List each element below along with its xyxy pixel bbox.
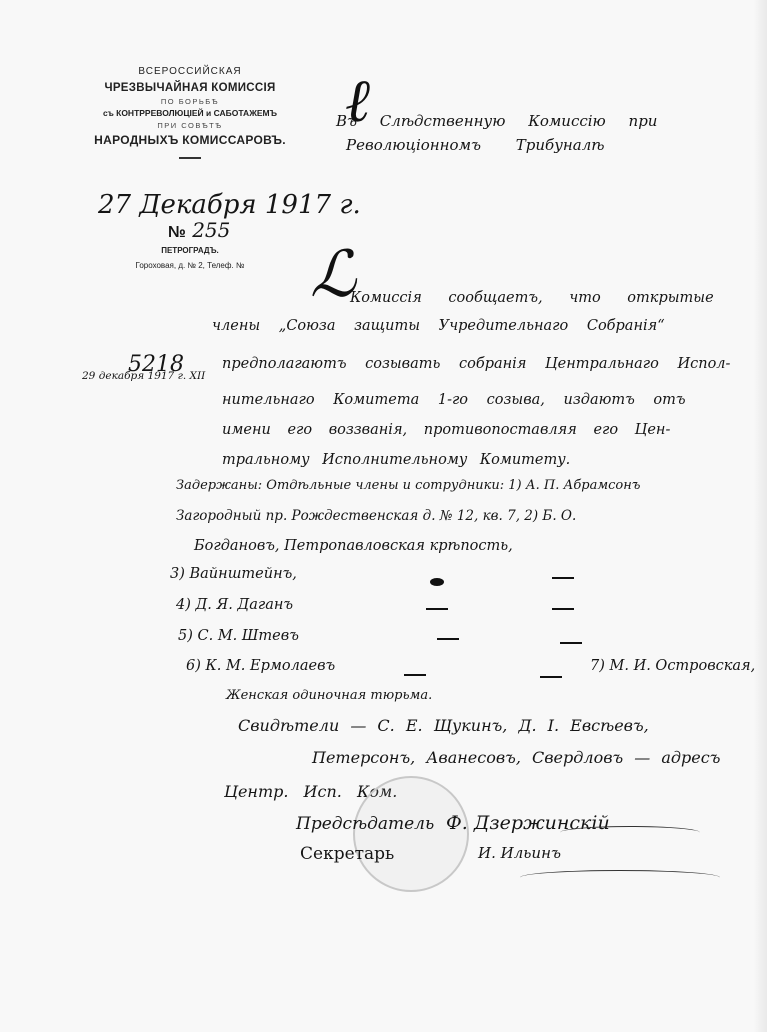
letterhead-city: ПЕТРОГРАДЪ. [92, 246, 288, 255]
handwritten-date: 27 Декабря 1917 г. [98, 190, 361, 220]
body-line-6: тральному Исполнительному Комитету. [222, 452, 570, 468]
arrest-item-4: 4) Д. Я. Даганъ [176, 597, 293, 613]
signature-flourish [560, 826, 700, 839]
signature-flourish [520, 870, 720, 885]
body-line-1: Комиссія сообщаетъ, что открытые [350, 290, 714, 306]
ditto-mark [426, 608, 448, 610]
letterhead-line-6: НАРОДНЫХЪ КОМИССАРОВЪ. [92, 134, 288, 148]
witnesses-line-2: Петерсонъ, Аванесовъ, Свердловъ — адресъ [312, 748, 720, 767]
incoming-date: 29 декабря 1917 г. XII [82, 370, 205, 382]
addressee-line-2: Революціонномъ Трибуналѣ [346, 136, 605, 154]
arrest-item-5: 5) С. М. Штевъ [178, 628, 299, 644]
arrest-item-number: 4) [176, 597, 191, 613]
body-line-3: предполагаютъ созывать собранія Централь… [222, 356, 730, 372]
official-seal-stamp [353, 776, 469, 892]
ditto-mark [560, 642, 582, 644]
letterhead: ВСЕРОССИЙСКАЯ ЧРЕЗВЫЧАЙНАЯ КОМИССІЯ ПО Б… [92, 66, 288, 159]
ditto-mark [540, 676, 562, 678]
ditto-mark [552, 608, 574, 610]
arrest-item-number: 3) [170, 566, 185, 582]
letterhead-line-4: съ КОНТРРЕВОЛЮЦІЕЙ и САБОТАЖЕМЪ [92, 109, 288, 119]
body-line-4: нительнаго Комитета 1-го созыва, издаютъ… [222, 392, 686, 408]
chairman-label: Предсѣдатель [296, 814, 434, 834]
ditto-mark [430, 578, 444, 586]
arrest-item-name: Д. Я. Даганъ [196, 597, 294, 613]
secretary-signature: И. Ильинъ [478, 844, 561, 862]
arrest-item-name: М. И. Островская, [610, 658, 756, 674]
body-line-5: имени его воззванія, противопоставляя ег… [222, 422, 670, 438]
ditto-mark [552, 577, 574, 579]
arrest-item-name: Вайнштейнъ, [190, 566, 297, 582]
addressee-line-1: Въ Слѣдственную Комиссію при [336, 112, 657, 130]
arrest-item-7: 7) М. И. Островская, [590, 658, 755, 674]
arrest-item-number: 7) [590, 658, 605, 674]
scanned-document-page: ВСЕРОССИЙСКАЯ ЧРЕЗВЫЧАЙНАЯ КОМИССІЯ ПО Б… [0, 0, 767, 1032]
arrest-item-name: К. М. Ермолаевъ [206, 658, 336, 674]
body-line-9: Богдановъ, Петропавловская крѣпость, [194, 538, 513, 554]
letterhead-line-5: ПРИ СОВѢТѢ [92, 122, 288, 131]
body-line-8: Загородный пр. Рождественская д. № 12, к… [176, 508, 576, 524]
arrest-item-name: С. М. Штевъ [198, 628, 299, 644]
secretary-label: Секретарь [300, 844, 394, 864]
ditto-mark [404, 674, 426, 676]
letterhead-line-1: ВСЕРОССИЙСКАЯ [92, 66, 288, 78]
number-value: 255 [192, 218, 230, 242]
prison-note: Женская одиночная тюрьма. [226, 688, 432, 703]
arrest-item-6: 6) К. М. Ермолаевъ [186, 658, 335, 674]
body-line-2: члены „Союза защиты Учредительнаго Собра… [212, 318, 665, 334]
page-edge-shadow [753, 0, 767, 1032]
letterhead-line-3: ПО БОРЬБѢ [92, 98, 288, 107]
letterhead-rule [179, 157, 201, 159]
arrest-item-3: 3) Вайнштейнъ, [170, 566, 297, 582]
body-line-7: Задержаны: Отдѣльные члены и сотрудники:… [176, 478, 640, 493]
letterhead-line-2: ЧРЕЗВЫЧАЙНАЯ КОМИССІЯ [92, 82, 288, 95]
document-number: № 255 [168, 218, 230, 242]
letterhead-address: Гороховая, д. № 2, Телеф. № [92, 261, 288, 270]
ditto-mark [437, 638, 459, 640]
arrest-item-number: 6) [186, 658, 201, 674]
witnesses-line-1: Свидѣтели — С. Е. Щукинъ, Д. І. Евсѣевъ, [238, 716, 649, 735]
arrest-item-number: 5) [178, 628, 193, 644]
number-prefix: № [168, 224, 186, 241]
